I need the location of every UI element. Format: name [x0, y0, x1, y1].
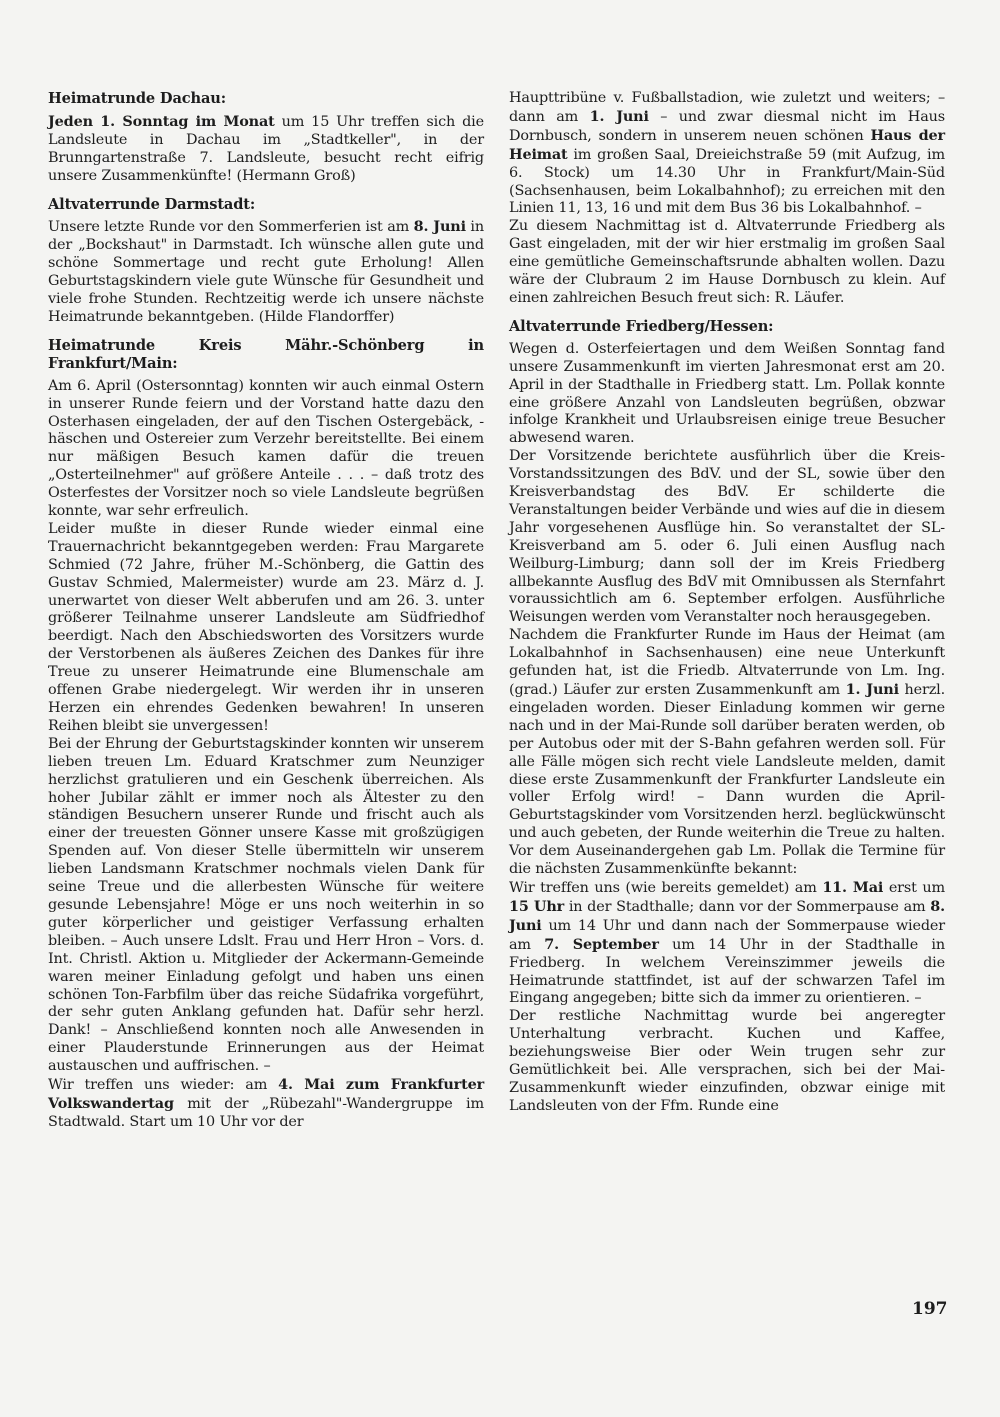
bold-text: 7. September	[544, 936, 659, 953]
paragraph: Nachdem die Frankfurter Runde im Haus de…	[509, 627, 945, 879]
paragraph: Bei der Ehrung der Geburtstagskinder kon…	[48, 736, 484, 1076]
section-heading: Heimatrunde Dachau:	[48, 90, 484, 108]
bold-text: 1. Juni	[846, 681, 899, 698]
left-column: Heimatrunde Dachau: Jeden 1. Sonntag im …	[48, 90, 484, 1142]
text: Wir treffen uns (wie bereits gemeldet) a…	[509, 880, 822, 896]
paragraph: Unsere letzte Runde vor den Sommerferien…	[48, 218, 484, 326]
paragraph: Jeden 1. Sonntag im Monat um 15 Uhr tref…	[48, 113, 484, 186]
text: Unsere letzte Runde vor den Sommerferien…	[48, 219, 414, 235]
right-column: Haupttribüne v. Fußballstadion, wie zule…	[509, 90, 945, 1126]
bold-text: 1. Juni	[590, 108, 649, 125]
bold-text: Jeden 1. Sonntag im Monat	[48, 113, 275, 130]
text: erst um	[883, 880, 945, 896]
section-darmstadt: Altvaterrunde Darmstadt: Unsere letzte R…	[48, 196, 484, 327]
section-dachau: Heimatrunde Dachau: Jeden 1. Sonntag im …	[48, 90, 484, 186]
text: im großen Saal, Dreieichstraße 59 (mit A…	[509, 147, 945, 217]
paragraph: Der restliche Nachmittag wurde bei anger…	[509, 1008, 945, 1115]
paragraph: Der Vorsitzende berichtete ausführlich ü…	[509, 448, 945, 627]
bold-text: 8. Juni	[414, 218, 466, 235]
paragraph: Haupttribüne v. Fußballstadion, wie zule…	[509, 90, 945, 218]
section-heading: Altvaterrunde Friedberg/Hessen:	[509, 318, 945, 336]
page-number: 197	[912, 1299, 948, 1319]
section-friedberg: Altvaterrunde Friedberg/Hessen: Wegen d.…	[509, 318, 945, 1116]
section-heading: Heimatrunde Kreis Mähr.-Schönberg in Fra…	[48, 337, 484, 373]
paragraph: Wir treffen uns (wie bereits gemeldet) a…	[509, 879, 945, 1008]
text: herzl. eingeladen worden. Dieser Einladu…	[509, 682, 945, 877]
paragraph: Zu diesem Nachmittag ist d. Altvaterrund…	[509, 218, 945, 308]
bold-text: 11. Mai	[822, 879, 883, 896]
text: in der Stadthalle; dann vor der Sommerpa…	[564, 899, 930, 915]
paragraph: Wir treffen uns wieder: am 4. Mai zum Fr…	[48, 1076, 484, 1132]
bold-text: 15 Uhr	[509, 898, 564, 915]
section-continuation: Haupttribüne v. Fußballstadion, wie zule…	[509, 90, 945, 308]
section-heading: Altvaterrunde Darmstadt:	[48, 196, 484, 214]
section-maehr-schoenberg: Heimatrunde Kreis Mähr.-Schönberg in Fra…	[48, 337, 484, 1132]
text: Wir treffen uns wieder: am	[48, 1077, 278, 1093]
paragraph: Leider mußte in dieser Runde wieder einm…	[48, 521, 484, 736]
paragraph: Am 6. April (Ostersonntag) konnten wir a…	[48, 378, 484, 521]
paragraph: Wegen d. Osterfeiertagen und dem Weißen …	[509, 341, 945, 448]
